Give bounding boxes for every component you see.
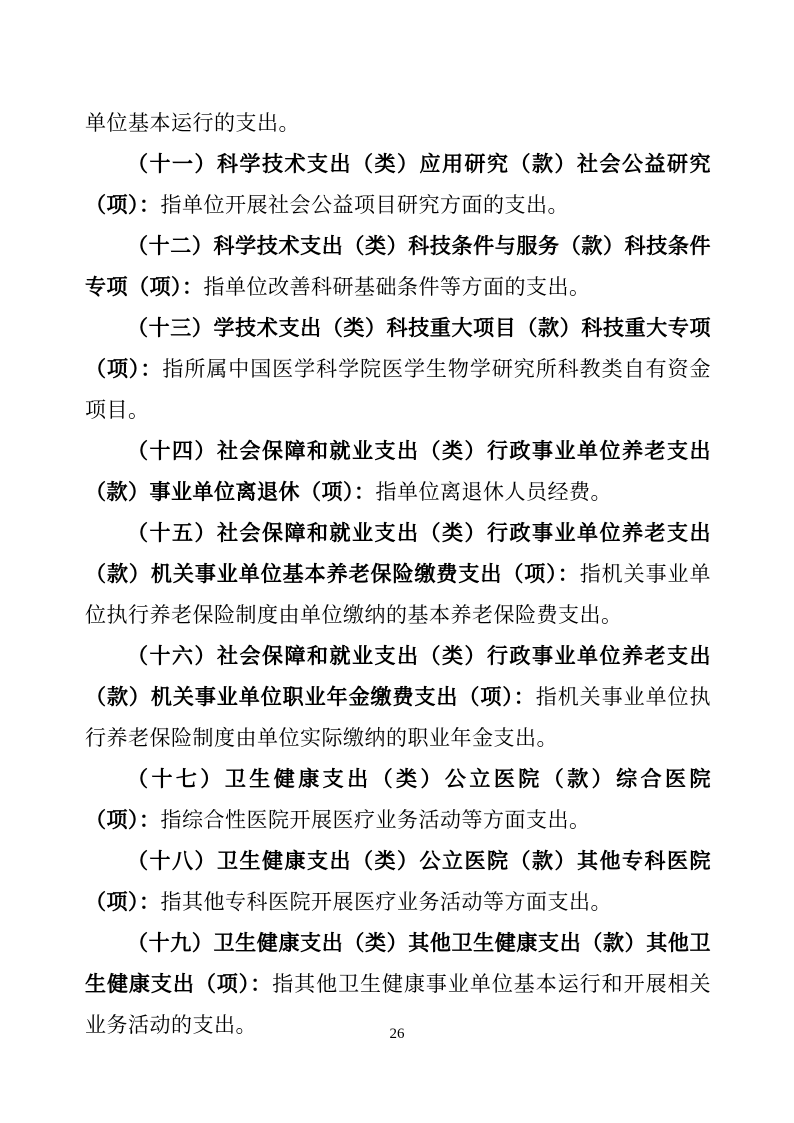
paragraph-item-12: （十二）科学技术支出（类）科技条件与服务（款）科技条件专项（项）：指单位改善科研… [85, 226, 711, 308]
paragraph-item-15: （十五）社会保障和就业支出（类）行政事业单位养老支出（款）机关事业单位基本养老保… [85, 513, 711, 636]
document-body: 单位基本运行的支出。 （十一）科学技术支出（类）应用研究（款）社会公益研究（项）… [85, 103, 711, 1046]
clause-body-17: 指综合性医院开展医疗业务活动等方面支出。 [161, 808, 591, 832]
paragraph-item-16: （十六）社会保障和就业支出（类）行政事业单位养老支出（款）机关事业单位职业年金缴… [85, 636, 711, 759]
paragraph-item-14: （十四）社会保障和就业支出（类）行政事业单位养老支出（款）事业单位离退休（项）：… [85, 431, 711, 513]
page-number: 26 [0, 1024, 794, 1044]
clause-body-12: 指单位改善科研基础条件等方面的支出。 [204, 275, 591, 299]
clause-body-11: 指单位开展社会公益项目研究方面的支出。 [161, 193, 570, 217]
paragraph-text: 单位基本运行的支出。 [85, 111, 300, 135]
paragraph-item-13: （十三）学技术支出（类）科技重大项目（款）科技重大专项（项）：指所属中国医学科学… [85, 308, 711, 431]
document-page: 单位基本运行的支出。 （十一）科学技术支出（类）应用研究（款）社会公益研究（项）… [0, 0, 794, 1123]
clause-body-13: 指所属中国医学科学院医学生物学研究所科教类自有资金项目。 [85, 357, 711, 422]
paragraph-item-17: （十七）卫生健康支出（类）公立医院（款）综合医院（项）：指综合性医院开展医疗业务… [85, 759, 711, 841]
clause-body-14: 指单位离退休人员经费。 [376, 480, 613, 504]
paragraph-continuation: 单位基本运行的支出。 [85, 103, 711, 144]
paragraph-item-11: （十一）科学技术支出（类）应用研究（款）社会公益研究（项）：指单位开展社会公益项… [85, 144, 711, 226]
clause-body-18: 指其他专科医院开展医疗业务活动等方面支出。 [161, 890, 613, 914]
paragraph-item-18: （十八）卫生健康支出（类）公立医院（款）其他专科医院（项）：指其他专科医院开展医… [85, 841, 711, 923]
